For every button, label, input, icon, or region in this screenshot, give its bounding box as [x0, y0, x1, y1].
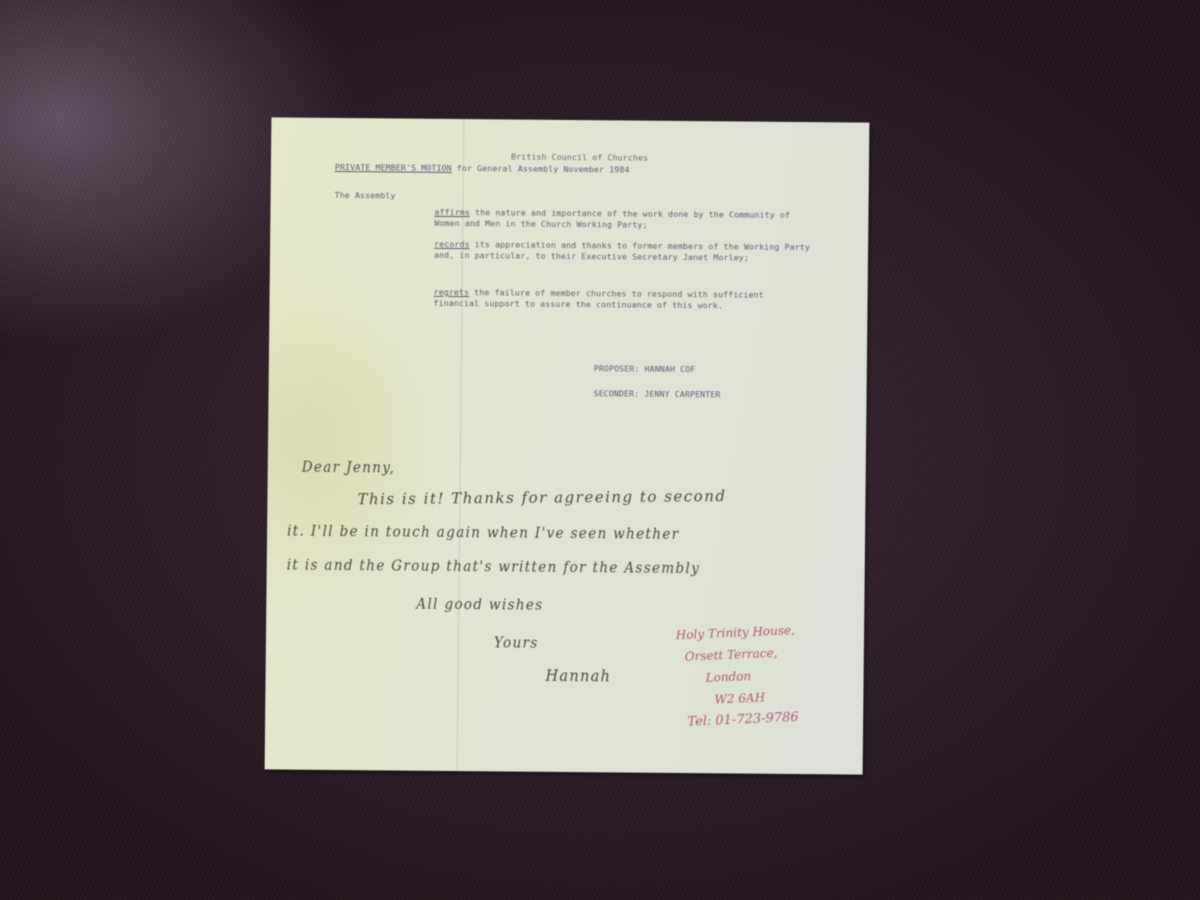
organization-header: British Council of Churches [511, 151, 648, 163]
note-signature: Hannah [545, 666, 611, 686]
motion-clause: affirms the nature and importance of the… [434, 207, 814, 232]
clause-verb: records [434, 239, 470, 249]
seconder-line: SECONDER: JENNY CARPENTER [593, 388, 720, 400]
motion-intro: The Assembly [335, 190, 396, 202]
address-telephone: Tel: 01-723-9786 [679, 707, 799, 734]
letter-sheet: British Council of Churches PRIVATE MEMB… [265, 117, 870, 774]
motion-heading: PRIVATE MEMBER'S MOTION for General Asse… [335, 162, 630, 176]
sender-address: Holy Trinity House, Orsett Terrace, Lond… [675, 619, 799, 734]
clause-verb: regrets [434, 287, 470, 297]
motion-clause: regrets the failure of member churches t… [433, 287, 813, 312]
motion-heading-rest: for General Assembly November 1984 [452, 163, 630, 175]
clause-text: the nature and importance of the work do… [434, 207, 795, 230]
note-salutation: Dear Jenny, [302, 458, 396, 477]
clause-verb: affirms [434, 207, 470, 217]
clause-text: its appreciation and thanks to former me… [434, 239, 815, 262]
note-line: This is it! Thanks for agreeing to secon… [357, 487, 726, 508]
note-line: it is and the Group that's written for t… [287, 556, 701, 578]
note-line: it. I'll be in touch again when I've see… [287, 522, 680, 543]
clause-text: the failure of member churches to respon… [433, 287, 768, 310]
note-closing: All good wishes [416, 595, 543, 614]
motion-heading-underlined: PRIVATE MEMBER'S MOTION [335, 162, 452, 173]
motion-clause: records its appreciation and thanks to f… [434, 239, 814, 264]
proposer-line: PROPOSER: HANNAH COF [594, 363, 696, 375]
note-sign-off: Yours [494, 633, 539, 651]
